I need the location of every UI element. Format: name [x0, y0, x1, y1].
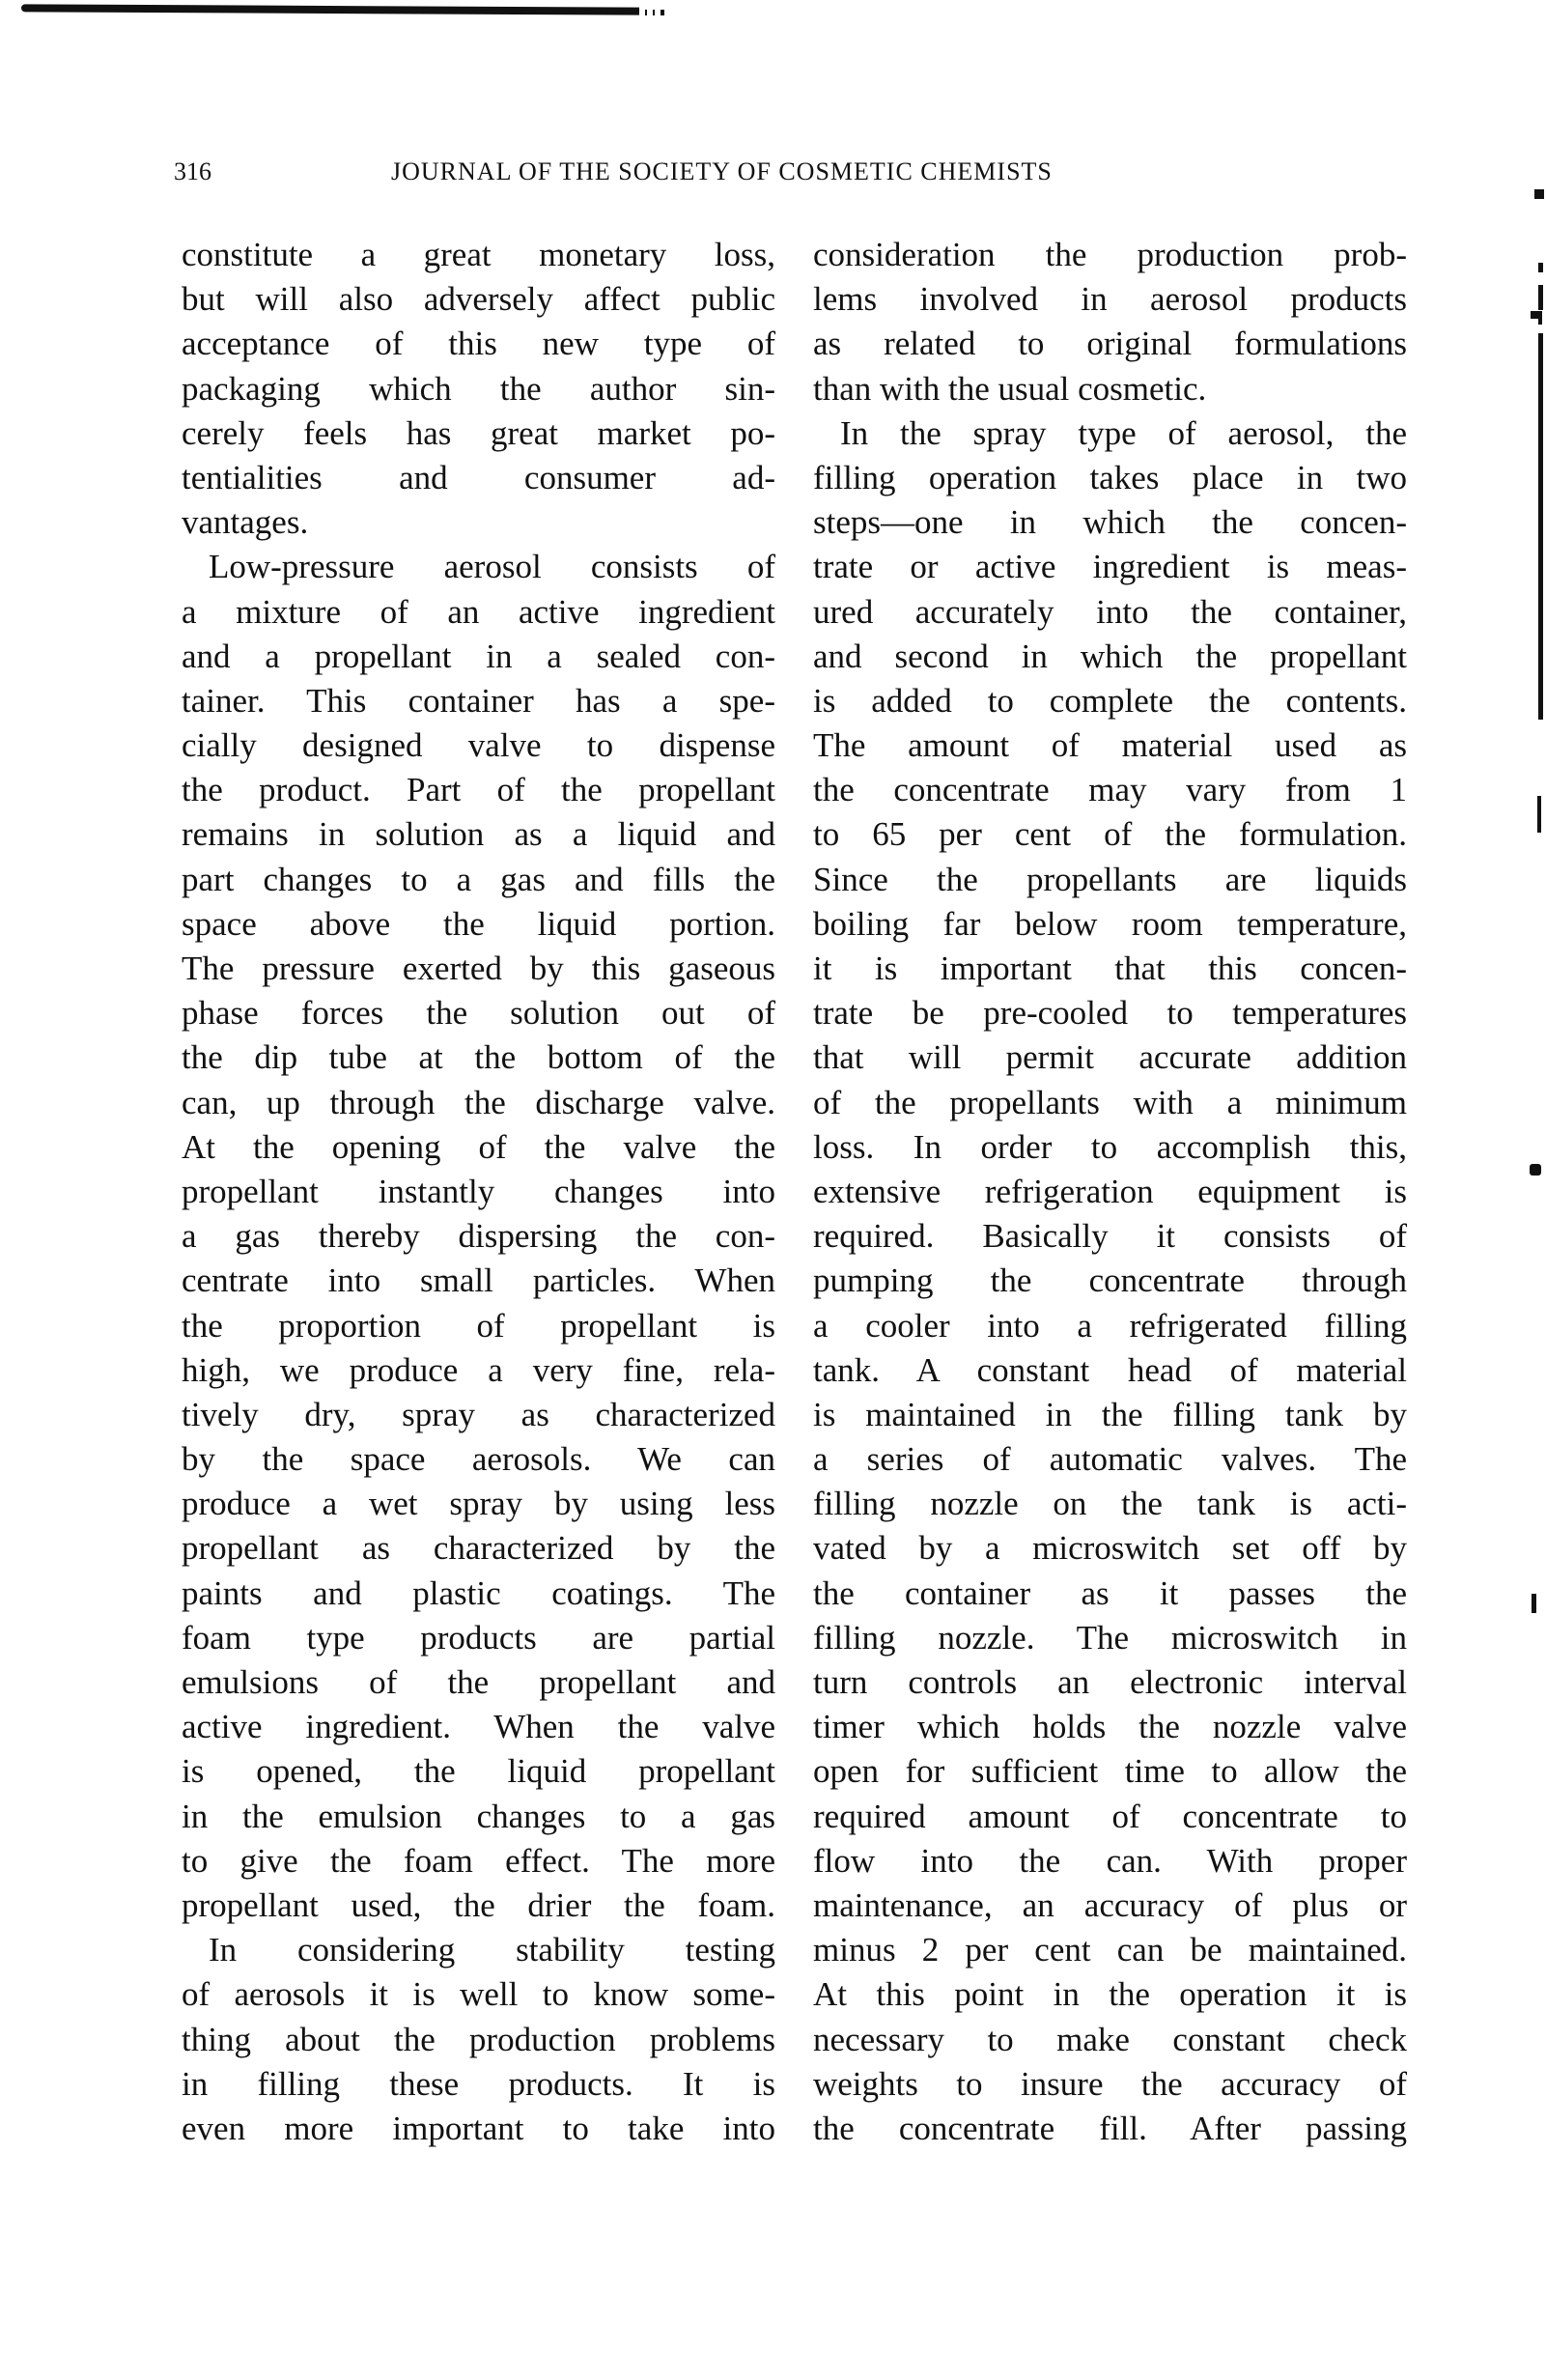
text-line: paints and plastic coatings. The	[182, 1572, 775, 1616]
text-line: vated by a microswitch set off by	[813, 1526, 1407, 1571]
text-line: of aerosols it is well to know some-	[182, 1972, 775, 2017]
text-line: in filling these products. It is	[182, 2062, 775, 2107]
text-line: the container as it passes the	[813, 1572, 1407, 1616]
right-column: consideration the production prob-lems i…	[813, 233, 1407, 2151]
text-line: open for sufficient time to allow the	[813, 1749, 1407, 1794]
text-line: emulsions of the propellant and	[182, 1660, 775, 1705]
text-line: tentialities and consumer ad-	[182, 456, 775, 500]
text-line: part changes to a gas and fills the	[182, 858, 775, 902]
text-line: boiling far below room temperature,	[813, 902, 1407, 947]
text-line: to give the foam effect. The more	[182, 1839, 775, 1884]
text-line: pumping the concentrate through	[813, 1259, 1407, 1303]
text-line: The pressure exerted by this gaseous	[182, 947, 775, 991]
text-line: a cooler into a refrigerated filling	[813, 1304, 1407, 1348]
text-line: phase forces the solution out of	[182, 991, 775, 1035]
text-line: In considering stability testing	[182, 1928, 775, 1972]
scan-margin-mark	[1537, 796, 1541, 833]
text-line: foam type products are partial	[182, 1616, 775, 1660]
text-line: is added to complete the contents.	[813, 679, 1407, 723]
text-line: vantages.	[182, 500, 775, 545]
text-line: the dip tube at the bottom of the	[182, 1035, 775, 1080]
text-line: the product. Part of the propellant	[182, 768, 775, 812]
scan-margin-mark	[1530, 1164, 1541, 1176]
text-line: of the propellants with a minimum	[813, 1081, 1407, 1125]
text-line: space above the liquid portion.	[182, 902, 775, 947]
text-line: the concentrate fill. After passing	[813, 2107, 1407, 2151]
text-line: tively dry, spray as characterized	[182, 1393, 775, 1437]
text-line: that will permit accurate addition	[813, 1035, 1407, 1080]
text-line: cerely feels has great market po-	[182, 411, 775, 456]
text-line: active ingredient. When the valve	[182, 1705, 775, 1749]
text-line: filling operation takes place in two	[813, 456, 1407, 500]
text-line: extensive refrigeration equipment is	[813, 1170, 1407, 1214]
text-line: a series of automatic valves. The	[813, 1437, 1407, 1482]
text-line: turn controls an electronic interval	[813, 1660, 1407, 1705]
running-header: 316 JOURNAL OF THE SOCIETY OF COSMETIC C…	[174, 157, 1391, 196]
text-line: produce a wet spray by using less	[182, 1482, 775, 1526]
text-line: remains in solution as a liquid and	[182, 812, 775, 857]
text-line: is maintained in the filling tank by	[813, 1393, 1407, 1437]
scan-margin-mark	[1538, 319, 1542, 325]
text-line: trate or active ingredient is meas-	[813, 545, 1407, 589]
text-line: a gas thereby dispersing the con-	[182, 1214, 775, 1259]
scan-margin-mark	[1538, 263, 1543, 272]
text-line: thing about the production problems	[182, 2018, 775, 2062]
text-line: Low-pressure aerosol consists of	[182, 545, 775, 589]
text-line: the concentrate may vary from 1	[813, 768, 1407, 812]
text-line: At this point in the operation it is	[813, 1972, 1407, 2017]
page-number: 316	[174, 157, 211, 186]
text-line: tainer. This container has a spe-	[182, 679, 775, 723]
text-line: propellant as characterized by the	[182, 1526, 775, 1571]
text-line: as related to original formulations	[813, 322, 1407, 366]
journal-title: JOURNAL OF THE SOCIETY OF COSMETIC CHEMI…	[391, 157, 1053, 186]
scan-margin-mark	[1532, 1594, 1536, 1613]
text-line: even more important to take into	[182, 2107, 775, 2151]
scan-edge-rule	[21, 4, 639, 14]
text-line: in the emulsion changes to a gas	[182, 1795, 775, 1839]
text-line: timer which holds the nozzle valve	[813, 1705, 1407, 1749]
scan-edge-tick	[661, 10, 664, 15]
text-line: maintenance, an accuracy of plus or	[813, 1884, 1407, 1928]
text-line: propellant instantly changes into	[182, 1170, 775, 1214]
text-line: and a propellant in a sealed con-	[182, 635, 775, 679]
scan-edge-tick	[653, 10, 655, 15]
scan-edge-tick	[645, 10, 647, 15]
text-line: loss. In order to accomplish this,	[813, 1125, 1407, 1170]
text-line: minus 2 per cent can be maintained.	[813, 1928, 1407, 1972]
text-line: Since the propellants are liquids	[813, 858, 1407, 902]
text-line: a mixture of an active ingredient	[182, 590, 775, 635]
text-line: required amount of concentrate to	[813, 1795, 1407, 1839]
text-line: but will also adversely affect public	[182, 277, 775, 322]
text-line: In the spray type of aerosol, the	[813, 411, 1407, 456]
text-line: it is important that this concen-	[813, 947, 1407, 991]
text-line: is opened, the liquid propellant	[182, 1749, 775, 1794]
text-line: packaging which the author sin-	[182, 367, 775, 411]
text-line: acceptance of this new type of	[182, 322, 775, 366]
text-line: propellant used, the drier the foam.	[182, 1884, 775, 1928]
text-line: constitute a great monetary loss,	[182, 233, 775, 277]
text-line: trate be pre-cooled to temperatures	[813, 991, 1407, 1035]
text-line: necessary to make constant check	[813, 2018, 1407, 2062]
text-line: The amount of material used as	[813, 723, 1407, 768]
text-line: centrate into small particles. When	[182, 1259, 775, 1303]
text-line: At the opening of the valve the	[182, 1125, 775, 1170]
text-line: to 65 per cent of the formulation.	[813, 812, 1407, 857]
text-line: filling nozzle on the tank is acti-	[813, 1482, 1407, 1526]
text-line: required. Basically it consists of	[813, 1214, 1407, 1259]
text-line: ured accurately into the container,	[813, 590, 1407, 635]
text-line: filling nozzle. The microswitch in	[813, 1616, 1407, 1660]
text-line: consideration the production prob-	[813, 233, 1407, 277]
text-line: cially designed valve to dispense	[182, 723, 775, 768]
text-line: flow into the can. With proper	[813, 1839, 1407, 1884]
text-line: steps—one in which the concen-	[813, 500, 1407, 545]
text-line: weights to insure the accuracy of	[813, 2062, 1407, 2107]
text-line: lems involved in aerosol products	[813, 277, 1407, 322]
text-line: and second in which the propellant	[813, 635, 1407, 679]
scan-margin-mark	[1538, 285, 1543, 310]
scan-margin-mark	[1534, 189, 1544, 199]
text-line: than with the usual cosmetic.	[813, 367, 1407, 411]
text-line: high, we produce a very fine, rela-	[182, 1348, 775, 1393]
text-line: by the space aerosols. We can	[182, 1437, 775, 1482]
text-line: can, up through the discharge valve.	[182, 1081, 775, 1125]
scan-margin-mark	[1531, 311, 1542, 319]
text-line: the proportion of propellant is	[182, 1304, 775, 1348]
left-column: constitute a great monetary loss,but wil…	[182, 233, 775, 2151]
scan-margin-bar	[1538, 452, 1543, 689]
text-line: tank. A constant head of material	[813, 1348, 1407, 1393]
